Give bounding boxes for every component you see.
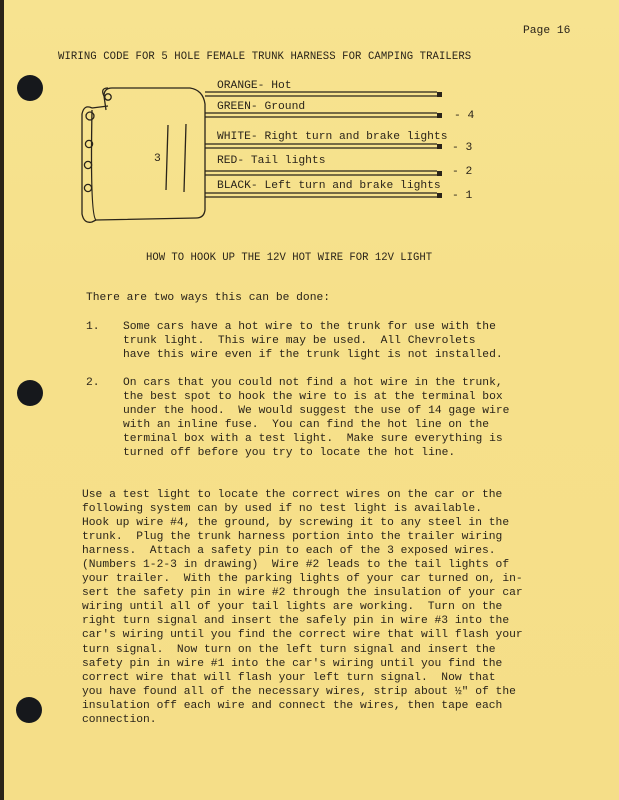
wire-label-white: WHITE- Right turn and brake lights: [217, 131, 448, 143]
wire-number-1: - 1: [452, 190, 472, 202]
wire-label-red: RED- Tail lights: [217, 155, 325, 167]
wire-number-4: - 4: [454, 110, 474, 122]
intro-text: There are two ways this can be done:: [86, 291, 330, 305]
connector-mark: 3: [154, 153, 161, 165]
wire-label-orange: ORANGE- Hot: [217, 80, 292, 92]
wire-number-2: - 2: [452, 166, 472, 178]
wire-label-green: GREEN- Ground: [217, 101, 305, 113]
connector-drawing: [0, 0, 619, 240]
list-item-text: On cars that you could not find a hot wi…: [123, 376, 509, 460]
document-page: Page 16 WIRING CODE FOR 5 HOLE FEMALE TR…: [0, 0, 619, 800]
punch-hole-bottom: [16, 697, 42, 723]
wire-label-black: BLACK- Left turn and brake lights: [217, 180, 441, 192]
punch-hole-middle: [17, 380, 43, 406]
list-item-number: 2.: [86, 376, 100, 390]
wire-number-3: - 3: [452, 142, 472, 154]
section-heading: HOW TO HOOK UP THE 12V HOT WIRE FOR 12V …: [146, 251, 432, 265]
list-item-number: 1.: [86, 320, 100, 334]
instructions-paragraph: Use a test light to locate the correct w…: [82, 488, 523, 727]
list-item-text: Some cars have a hot wire to the trunk f…: [123, 320, 503, 362]
